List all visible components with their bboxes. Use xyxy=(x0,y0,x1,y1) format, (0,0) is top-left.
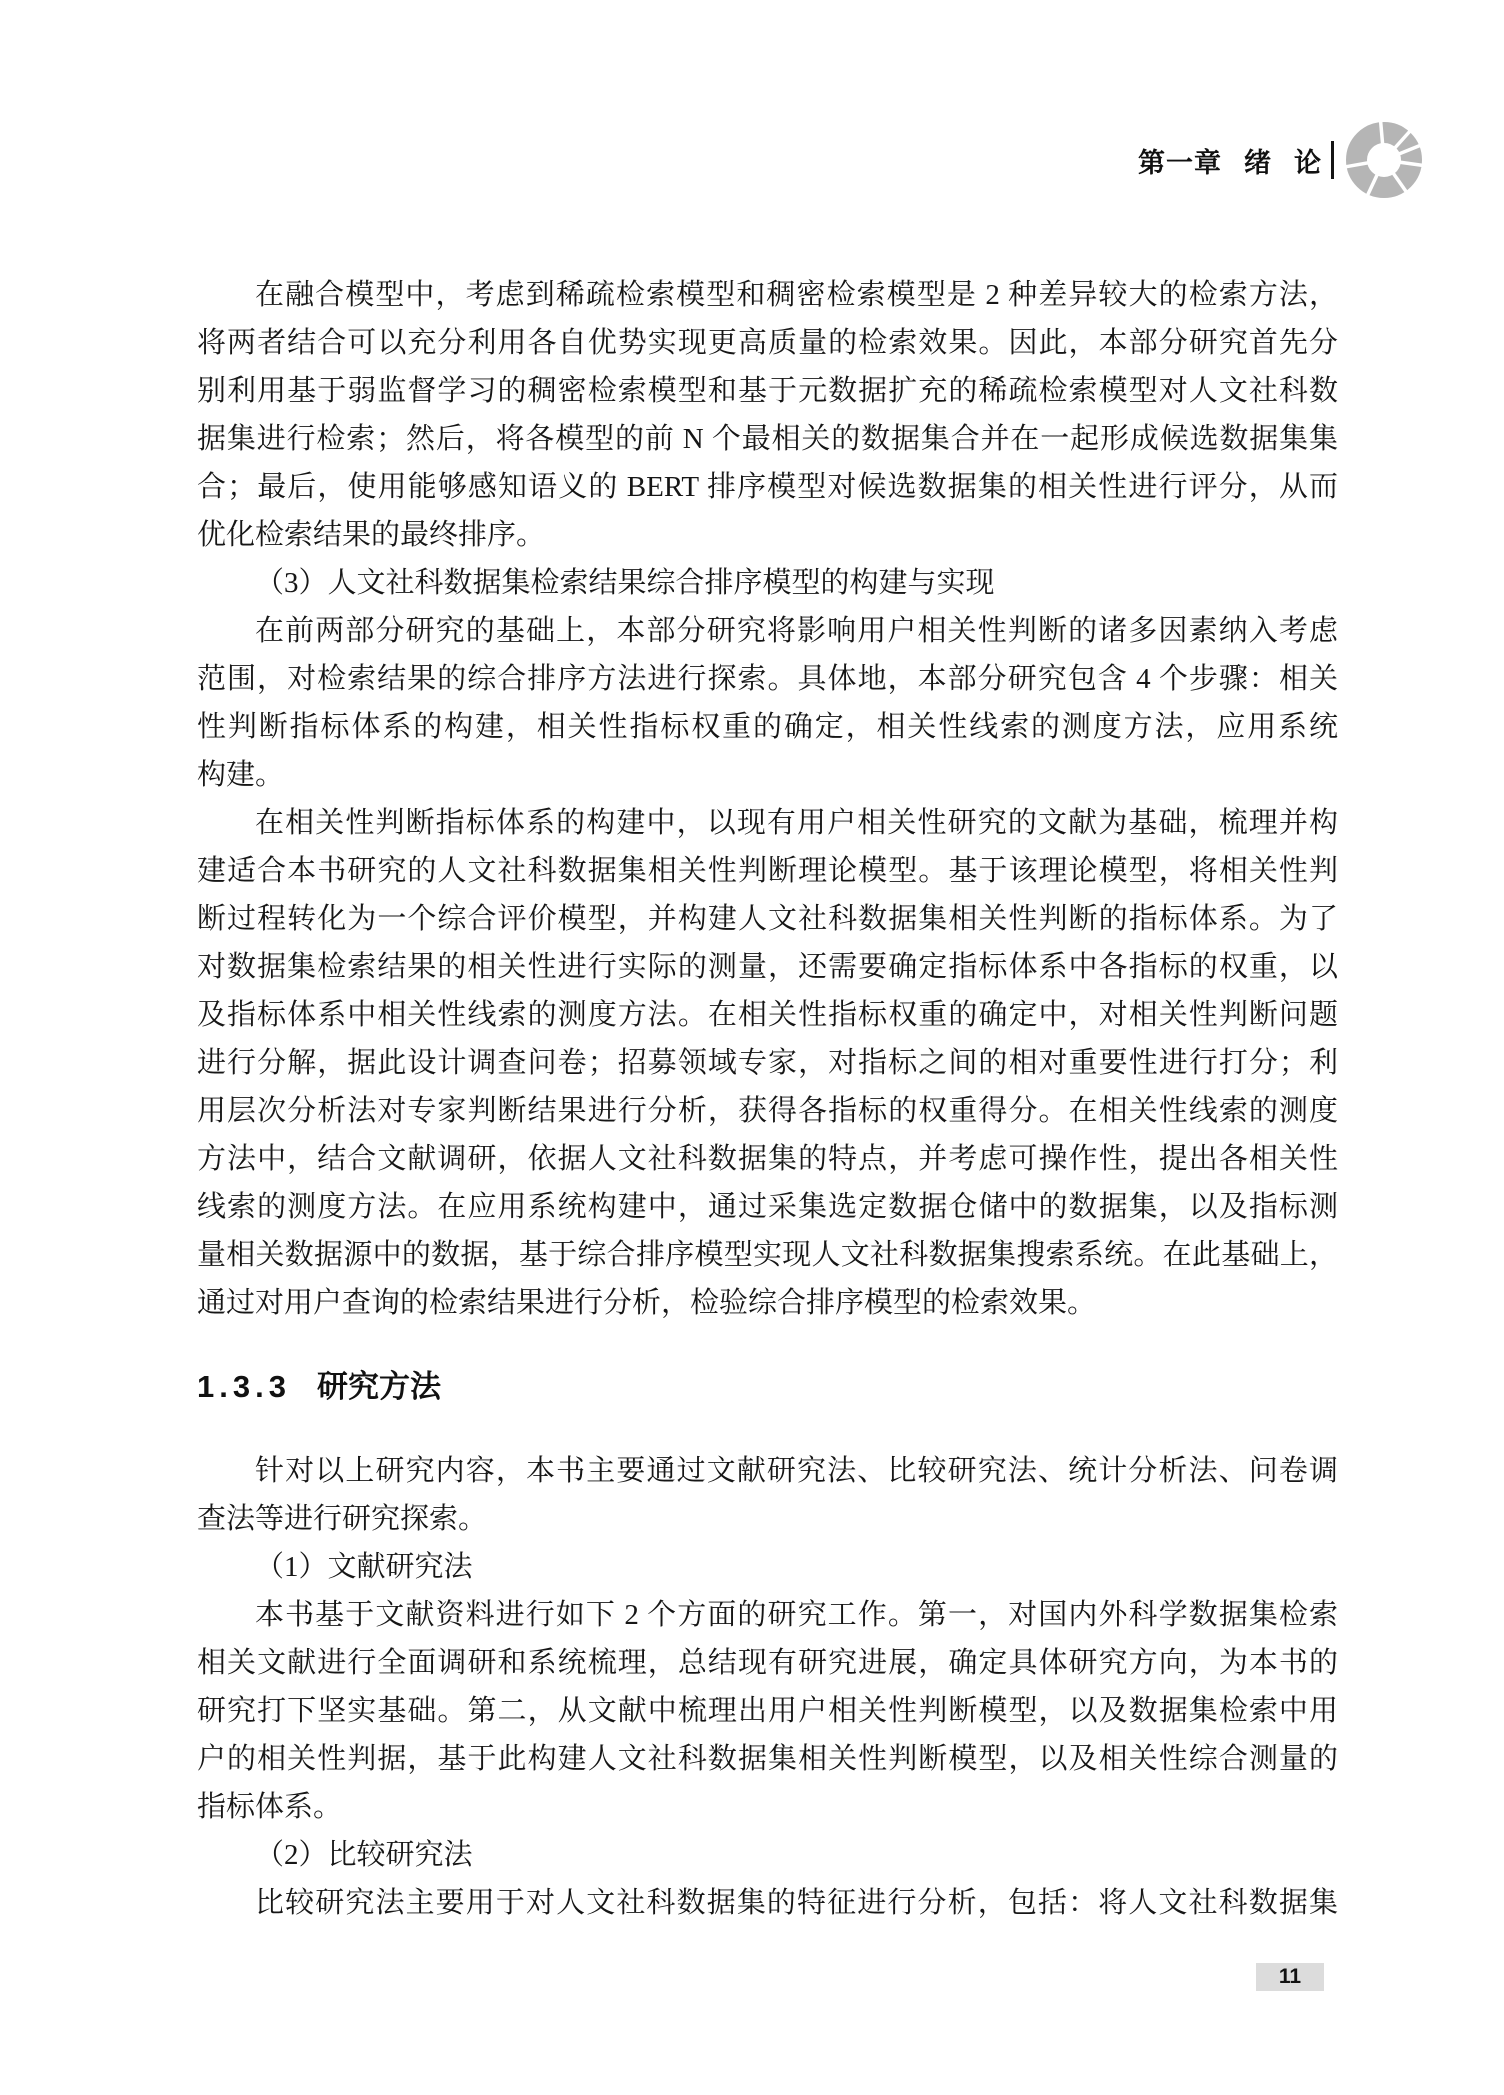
text-line: 相关文献进行全面调研和系统梳理，总结现有研究进展，确定具体研究方向，为本书的 xyxy=(197,1639,1338,1687)
text-line: 据集进行检索；然后，将各模型的前 N 个最相关的数据集合并在一起形成候选数据集集 xyxy=(197,415,1338,463)
text-line: 对数据集检索结果的相关性进行实际的测量，还需要确定指标体系中各指标的权重，以 xyxy=(197,943,1338,991)
book-page: 第一章 绪 论 在融合模型中，考虑到稀疏检索模型和稠密检索模型是 2 种差异较大… xyxy=(0,0,1504,2095)
chapter-name-char-2: 论 xyxy=(1294,141,1322,180)
text-line: （3）人文社科数据集检索结果综合排序模型的构建与实现 xyxy=(197,559,1338,607)
text-line: 针对以上研究内容，本书主要通过文献研究法、比较研究法、统计分析法、问卷调 xyxy=(197,1447,1338,1495)
text-line: 查法等进行研究探索。 xyxy=(197,1495,1338,1543)
text-line: 方法中，结合文献调研，依据人文社科数据集的特点，并考虑可操作性，提出各相关性 xyxy=(197,1135,1338,1183)
text-line: 建适合本书研究的人文社科数据集相关性判断理论模型。基于该理论模型，将相关性判 xyxy=(197,847,1338,895)
text-line: 别利用基于弱监督学习的稠密检索模型和基于元数据扩充的稀疏检索模型对人文社科数 xyxy=(197,367,1338,415)
text-line: 断过程转化为一个综合评价模型，并构建人文社科数据集相关性判断的指标体系。为了 xyxy=(197,895,1338,943)
text-line: 构建。 xyxy=(197,751,1338,799)
paragraph: 在融合模型中，考虑到稀疏检索模型和稠密检索模型是 2 种差异较大的检索方法，将两… xyxy=(197,271,1338,559)
paragraph: （1）文献研究法 xyxy=(197,1543,1338,1591)
text-line: 研究打下坚实基础。第二，从文献中梳理出用户相关性判断模型，以及数据集检索中用 xyxy=(197,1687,1338,1735)
text-line: （1）文献研究法 xyxy=(197,1543,1338,1591)
text-line: 性判断指标体系的构建，相关性指标权重的确定，相关性线索的测度方法，应用系统 xyxy=(197,703,1338,751)
text-line: 合；最后，使用能够感知语义的 BERT 排序模型对候选数据集的相关性进行评分，从… xyxy=(197,463,1338,511)
header-divider xyxy=(1331,141,1334,179)
text-line: 进行分解，据此设计调查问卷；招募领域专家，对指标之间的相对重要性进行打分；利 xyxy=(197,1039,1338,1087)
section-number: 1.3.3 xyxy=(197,1363,291,1411)
paragraph: 本书基于文献资料进行如下 2 个方面的研究工作。第一，对国内外科学数据集检索相关… xyxy=(197,1591,1338,1831)
paragraph: 在相关性判断指标体系的构建中，以现有用户相关性研究的文献为基础，梳理并构建适合本… xyxy=(197,799,1338,1327)
paragraph: 在前两部分研究的基础上，本部分研究将影响用户相关性判断的诸多因素纳入考虑范围，对… xyxy=(197,607,1338,799)
text-line: 在相关性判断指标体系的构建中，以现有用户相关性研究的文献为基础，梳理并构 xyxy=(197,799,1338,847)
chapter-name-char-1: 绪 xyxy=(1244,141,1272,180)
text-line: 将两者结合可以充分利用各自优势实现更高质量的检索效果。因此，本部分研究首先分 xyxy=(197,319,1338,367)
chapter-number: 第一章 xyxy=(1138,141,1222,180)
text-line: 指标体系。 xyxy=(197,1783,1338,1831)
text-line: 通过对用户查询的检索结果进行分析，检验综合排序模型的检索效果。 xyxy=(197,1279,1338,1327)
text-line: 量相关数据源中的数据，基于综合排序模型实现人文社科数据集搜索系统。在此基础上， xyxy=(197,1231,1338,1279)
text-line: 在前两部分研究的基础上，本部分研究将影响用户相关性判断的诸多因素纳入考虑 xyxy=(197,607,1338,655)
paragraph: 针对以上研究内容，本书主要通过文献研究法、比较研究法、统计分析法、问卷调查法等进… xyxy=(197,1447,1338,1543)
paragraph: （3）人文社科数据集检索结果综合排序模型的构建与实现 xyxy=(197,559,1338,607)
text-line: 范围，对检索结果的综合排序方法进行探索。具体地，本部分研究包含 4 个步骤：相关 xyxy=(197,655,1338,703)
body-text: 在融合模型中，考虑到稀疏检索模型和稠密检索模型是 2 种差异较大的检索方法，将两… xyxy=(197,271,1338,1927)
text-line: 本书基于文献资料进行如下 2 个方面的研究工作。第一，对国内外科学数据集检索 xyxy=(197,1591,1338,1639)
text-line: （2）比较研究法 xyxy=(197,1831,1338,1879)
paragraph: （2）比较研究法 xyxy=(197,1831,1338,1879)
text-line: 用层次分析法对专家判断结果进行分析，获得各指标的权重得分。在相关性线索的测度 xyxy=(197,1087,1338,1135)
running-head: 第一章 绪 论 xyxy=(1138,118,1423,202)
paragraph: 比较研究法主要用于对人文社科数据集的特征进行分析，包括：将人文社科数据集 xyxy=(197,1879,1338,1927)
text-line: 户的相关性判据，基于此构建人文社科数据集相关性判断模型，以及相关性综合测量的 xyxy=(197,1735,1338,1783)
text-line: 线索的测度方法。在应用系统构建中，通过采集选定数据仓储中的数据集，以及指标测 xyxy=(197,1183,1338,1231)
page-number: 11 xyxy=(1279,1965,1301,1989)
text-line: 优化检索结果的最终排序。 xyxy=(197,511,1338,559)
text-line: 比较研究法主要用于对人文社科数据集的特征进行分析，包括：将人文社科数据集 xyxy=(197,1879,1338,1927)
section-heading: 1.3.3研究方法 xyxy=(197,1363,1338,1411)
segmented-ring-icon xyxy=(1345,121,1423,199)
section-label: 研究方法 xyxy=(317,1363,441,1411)
text-line: 在融合模型中，考虑到稀疏检索模型和稠密检索模型是 2 种差异较大的检索方法， xyxy=(197,271,1338,319)
text-line: 及指标体系中相关性线索的测度方法。在相关性指标权重的确定中，对相关性判断问题 xyxy=(197,991,1338,1039)
chapter-title: 第一章 绪 论 xyxy=(1138,141,1322,180)
page-number-badge: 11 xyxy=(1256,1963,1324,1991)
